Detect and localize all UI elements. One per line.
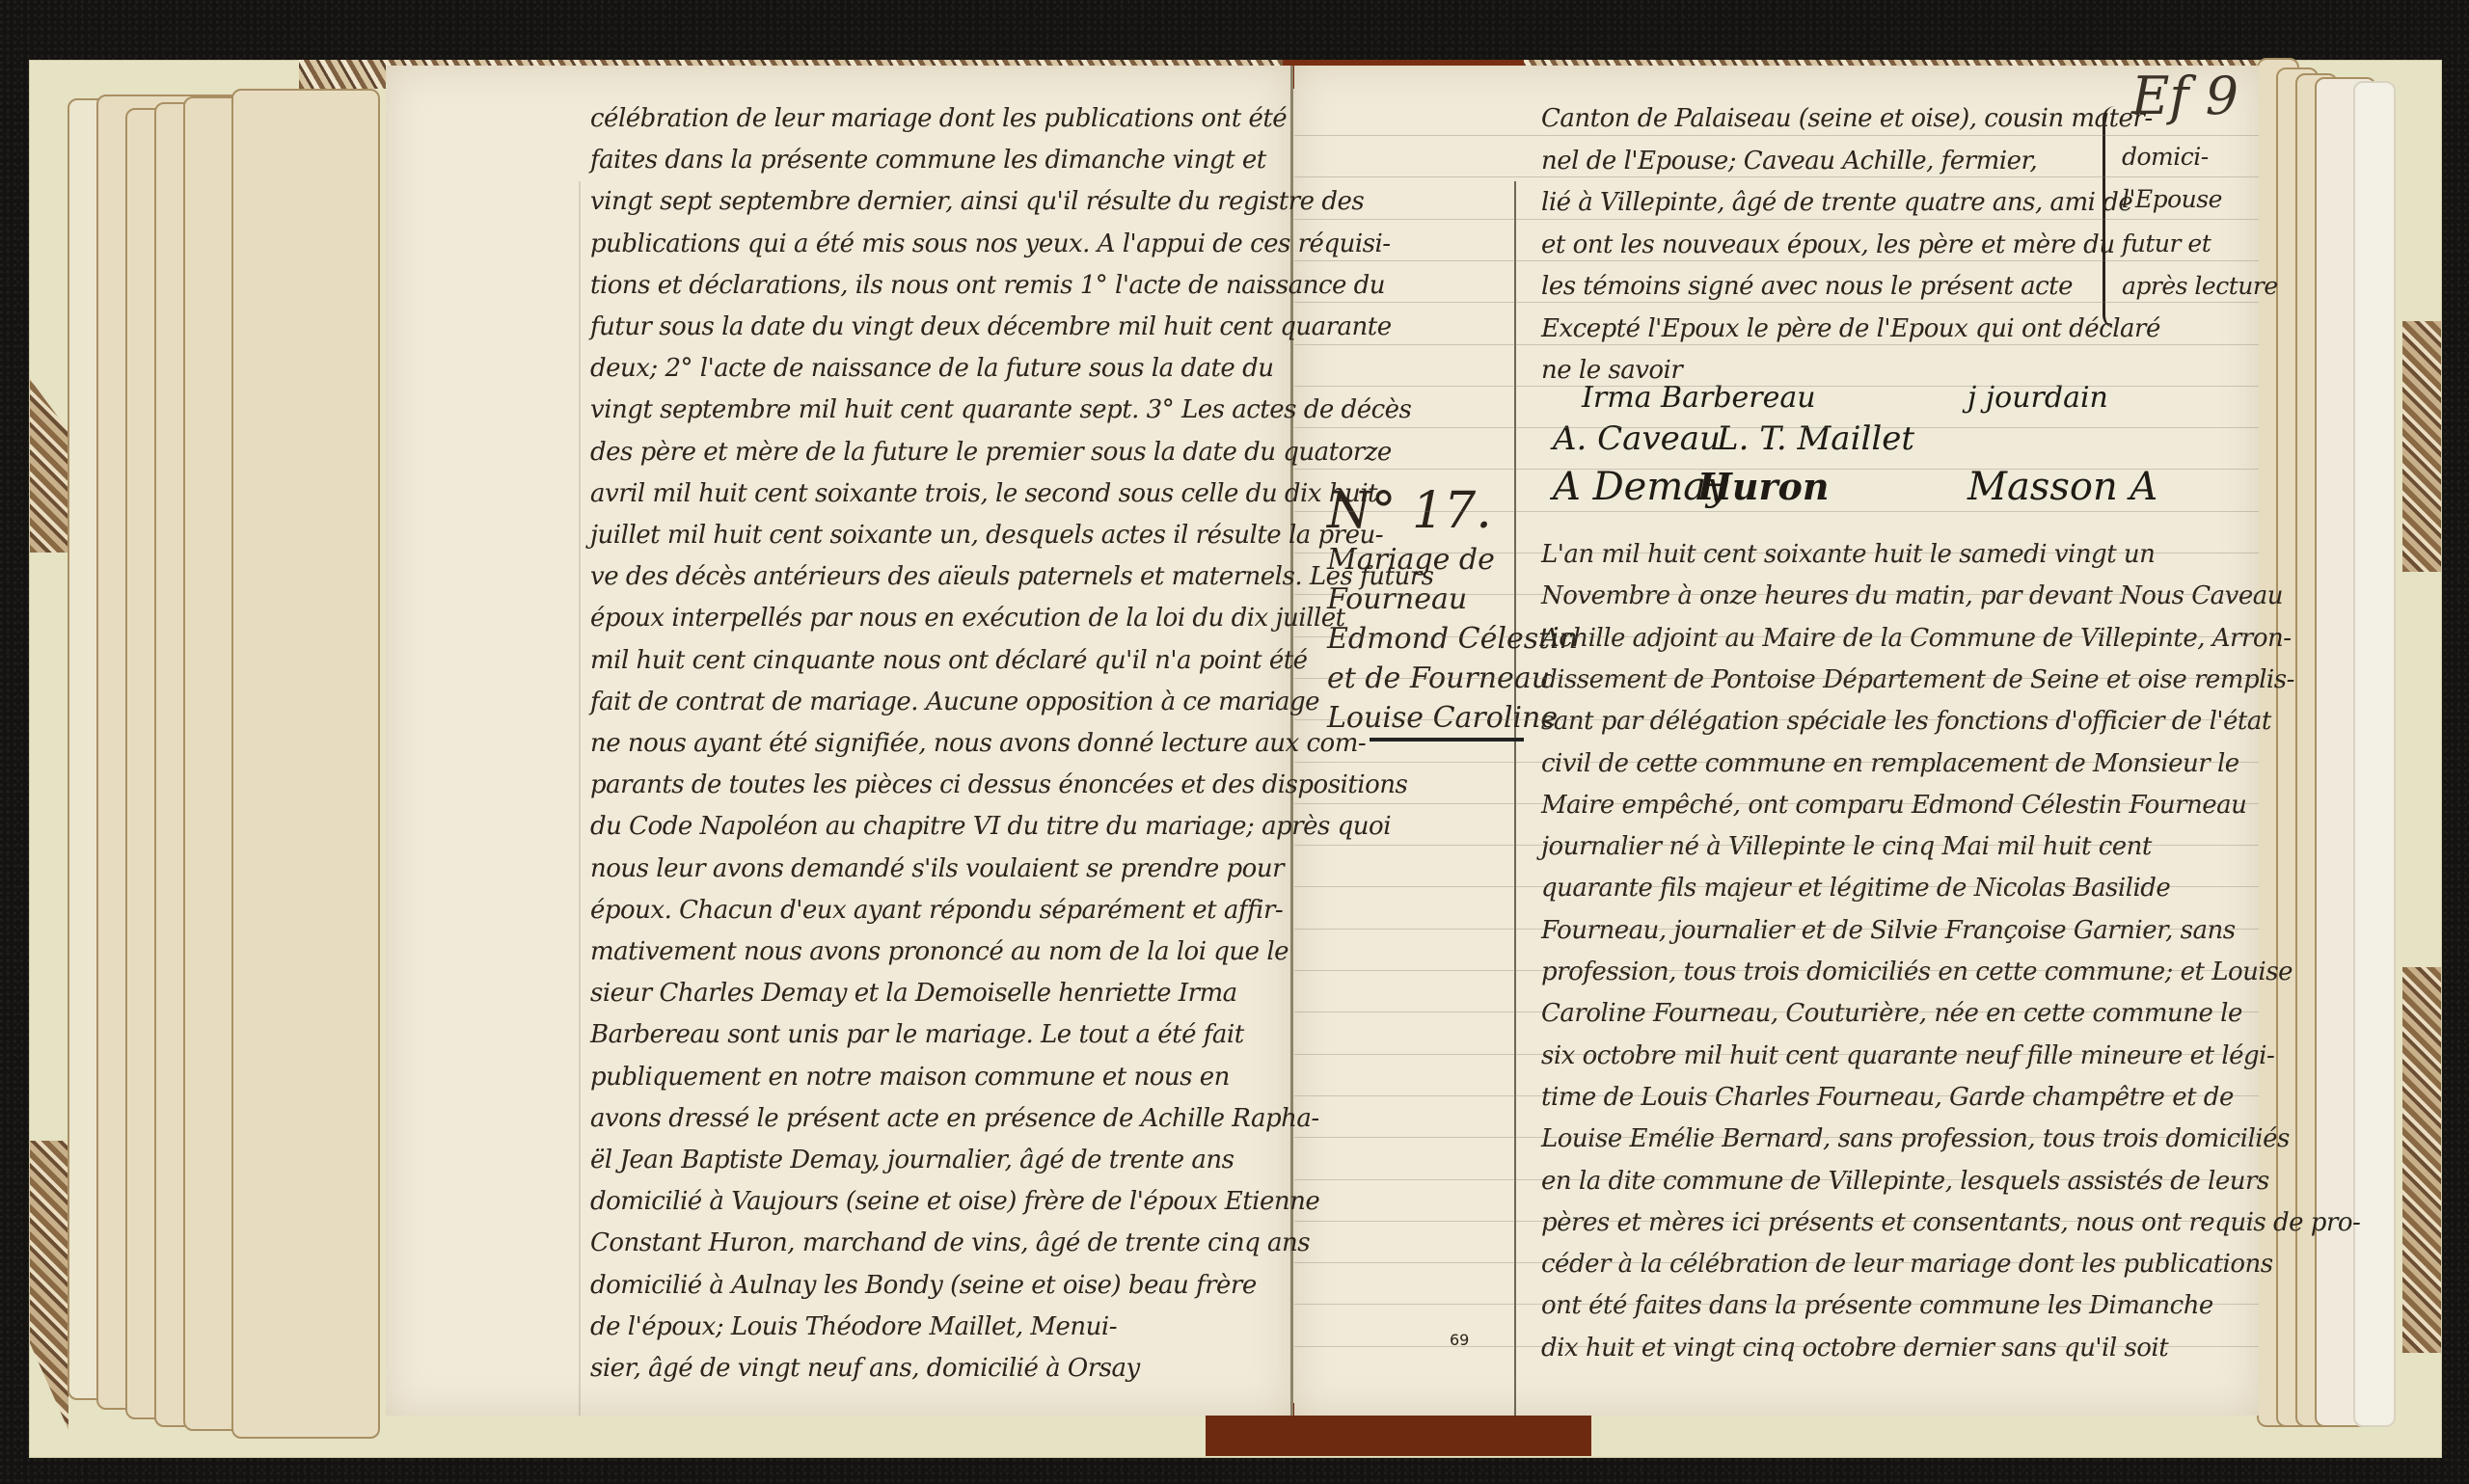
handwritten-line: Achille adjoint au Maire de la Commune d… [1541, 624, 2292, 653]
ruled-line [1294, 803, 2259, 804]
handwritten-line: profession, tous trois domiciliés en cet… [1541, 958, 2293, 986]
handwritten-line: domicilié à Vaujours (seine et oise) frè… [590, 1187, 1319, 1216]
handwritten-line: avons dressé le présent acte en présence… [590, 1104, 1319, 1133]
marginal-insert-line: l'Epouse [2122, 185, 2222, 213]
handwritten-line: L'an mil huit cent soixante huit le same… [1541, 540, 2155, 569]
marginal-insert-line: après lecture [2122, 272, 2278, 300]
ruled-line [1294, 970, 2259, 971]
handwritten-line: parants de toutes les pièces ci dessus é… [590, 770, 1407, 799]
ruled-line [1294, 719, 2259, 720]
handwritten-line: en la dite commune de Villepinte, lesque… [1541, 1167, 2269, 1196]
ruled-line [1294, 1179, 2259, 1180]
handwritten-line: faites dans la présente commune les dima… [590, 146, 1266, 175]
ruled-line [1294, 1304, 2259, 1305]
ruled-line [1294, 1054, 2259, 1055]
handwritten-line: nel de l'Epouse; Caveau Achille, fermier… [1541, 147, 2037, 175]
ruled-line [1294, 427, 2259, 428]
ruled-line [1294, 260, 2259, 261]
ruled-line [1294, 845, 2259, 846]
handwritten-line: Barbereau sont unis par le mariage. Le t… [590, 1020, 1244, 1049]
ruled-line [1294, 1262, 2259, 1263]
handwritten-line: lié à Villepinte, âgé de trente quatre a… [1541, 188, 2132, 217]
handwritten-line: tions et déclarations, ils nous ont remi… [590, 271, 1385, 300]
handwritten-line: avril mil huit cent soixante trois, le s… [590, 479, 1377, 508]
handwritten-line: mil huit cent cinquante nous ont déclaré… [590, 646, 1308, 675]
ruled-line [1294, 386, 2259, 387]
handwritten-line: Novembre à onze heures du matin, par dev… [1541, 581, 2283, 610]
handwritten-line: vingt septembre mil huit cent quarante s… [590, 395, 1411, 424]
handwritten-line: publiquement en notre maison commune et … [590, 1063, 1230, 1092]
ruled-line [1294, 511, 2259, 512]
signature-masson: Masson A [1967, 465, 2157, 509]
ruled-line [1294, 678, 2259, 679]
ruled-line [1294, 1137, 2259, 1138]
handwritten-line: domicilié à Aulnay les Bondy (seine et o… [590, 1271, 1257, 1300]
heading-underline [1370, 738, 1524, 742]
marbled-corner-bottom-left [30, 1141, 68, 1430]
marbled-corner-left [30, 379, 68, 553]
ruled-line [1294, 1095, 2259, 1096]
ruled-line [1294, 553, 2259, 553]
handwritten-line: vingt sept septembre dernier, ainsi qu'i… [590, 187, 1364, 216]
handwritten-line: pères et mères ici présents et consentan… [1541, 1208, 2360, 1237]
handwritten-line: les témoins signé avec nous le présent a… [1541, 272, 2073, 301]
handwritten-line: ël Jean Baptiste Demay, journalier, âgé … [590, 1146, 1234, 1174]
handwritten-line: fait de contrat de mariage. Aucune oppos… [590, 688, 1319, 716]
ruled-line [1294, 1346, 2259, 1347]
handwritten-line: mativement nous avons prononcé au nom de… [590, 937, 1289, 966]
handwritten-line: dissement de Pontoise Département de Sei… [1541, 665, 2294, 694]
marginal-insert-line: domici- [2122, 143, 2209, 171]
ruled-line [1294, 135, 2259, 136]
ruled-line [1294, 302, 2259, 303]
ruled-line [1294, 469, 2259, 470]
handwritten-line: sant par délégation spéciale les fonctio… [1541, 707, 2271, 736]
ruled-line [1294, 929, 2259, 930]
handwritten-line: deux; 2° l'acte de naissance de la futur… [590, 354, 1273, 383]
handwritten-line: journalier né à Villepinte le cinq Mai m… [1541, 832, 2152, 861]
handwritten-line: de l'époux; Louis Théodore Maillet, Menu… [590, 1312, 1117, 1341]
handwritten-line: Louise Emélie Bernard, sans profession, … [1541, 1124, 2290, 1153]
handwritten-line: dix huit et vingt cinq octobre dernier s… [1541, 1334, 2168, 1363]
handwritten-line: six octobre mil huit cent quarante neuf … [1541, 1041, 2274, 1070]
handwritten-line: futur sous la date du vingt deux décembr… [590, 312, 1392, 341]
signature-maillet: L. T. Maillet [1717, 419, 1914, 458]
right-page-margin-rule [1514, 181, 1516, 1416]
marginal-insert-bracket [2103, 106, 2115, 328]
page-edges-left [68, 89, 386, 1439]
handwritten-line: Constant Huron, marchand de vins, âgé de… [590, 1228, 1310, 1257]
marginal-insert-line: futur et [2122, 229, 2211, 257]
handwritten-line: sier, âgé de vingt neuf ans, domicilié à… [590, 1354, 1140, 1383]
handwritten-line: époux. Chacun d'eux ayant répondu séparé… [590, 896, 1283, 925]
handwritten-line: du Code Napoléon au chapitre VI du titre… [590, 812, 1391, 841]
ruled-line [1294, 1012, 2259, 1012]
handwritten-line: Excepté l'Epoux le père de l'Epoux qui o… [1541, 314, 2160, 343]
handwritten-line: Fourneau, journalier et de Silvie Franço… [1541, 916, 2236, 945]
handwritten-line: ne le savoir [1541, 356, 1682, 385]
ruled-line [1294, 344, 2259, 345]
handwritten-line: céder à la célébration de leur mariage d… [1541, 1250, 2273, 1279]
signature-caveau: A. Caveau [1553, 419, 1721, 458]
ruled-line [1294, 219, 2259, 220]
handwritten-line: nous leur avons demandé s'ils voulaient … [590, 854, 1284, 883]
handwritten-line: ne nous ayant été signifiée, nous avons … [590, 729, 1366, 758]
ruled-line [1294, 636, 2259, 637]
ruled-line [1294, 762, 2259, 763]
handwritten-line: Caroline Fourneau, Couturière, née en ce… [1541, 999, 2242, 1028]
handwritten-line: ont été faites dans la présente commune … [1541, 1291, 2213, 1320]
handwritten-line: time de Louis Charles Fourneau, Garde ch… [1541, 1083, 2234, 1112]
handwritten-line: Maire empêché, ont comparu Edmond Célest… [1541, 791, 2246, 820]
ruled-line [1294, 1221, 2259, 1222]
handwritten-line: juillet mil huit cent soixante un, desqu… [590, 521, 1383, 550]
handwritten-line: célébration de leur mariage dont les pub… [590, 104, 1287, 133]
handwritten-line: Canton de Palaiseau (seine et oise), cou… [1541, 104, 2153, 133]
handwritten-line: civil de cette commune en remplacement d… [1541, 749, 2239, 778]
handwritten-line: quarante fils majeur et légitime de Nico… [1541, 874, 2170, 903]
handwritten-line: publications qui a été mis sous nos yeux… [590, 229, 1391, 258]
handwritten-line: sieur Charles Demay et la Demoiselle hen… [590, 979, 1237, 1008]
ruled-line [1294, 886, 2259, 887]
handwritten-line: ve des décès antérieurs des aïeuls pater… [590, 562, 1433, 591]
handwritten-line: et ont les nouveaux époux, les père et m… [1541, 230, 2115, 259]
ruled-line [1294, 594, 2259, 595]
ruled-line [1294, 176, 2259, 177]
signature-huron: Huron [1697, 465, 1830, 508]
handwritten-line: des père et mère de la future le premier… [590, 438, 1392, 467]
handwritten-line: époux interpellés par nous en exécution … [590, 604, 1345, 633]
